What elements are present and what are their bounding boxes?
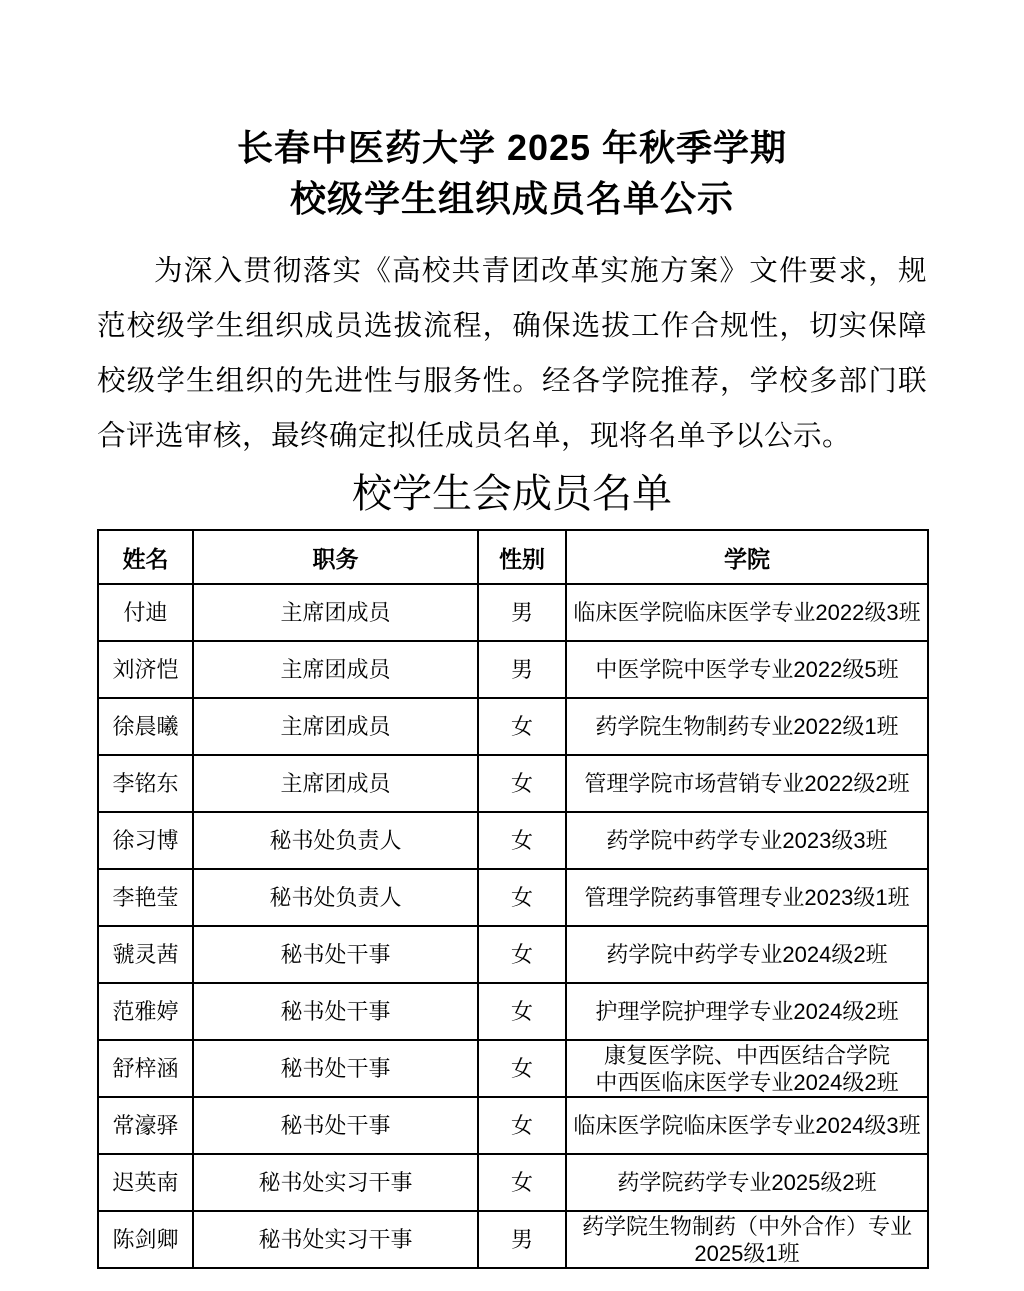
cell-college: 药学院中药学专业2024级2班 <box>566 926 928 983</box>
cell-position: 秘书处实习干事 <box>193 1211 478 1268</box>
table-row: 李艳莹秘书处负责人女管理学院药事管理专业2023级1班 <box>98 869 928 926</box>
cell-name: 刘济恺 <box>98 641 193 698</box>
cell-position: 秘书处干事 <box>193 926 478 983</box>
cell-gender: 女 <box>478 755 566 812</box>
cell-gender: 女 <box>478 869 566 926</box>
cell-college: 管理学院药事管理专业2023级1班 <box>566 869 928 926</box>
cell-name: 付迪 <box>98 584 193 641</box>
cell-position: 秘书处实习干事 <box>193 1154 478 1211</box>
cell-name: 徐晨曦 <box>98 698 193 755</box>
table-row: 陈剑卿秘书处实习干事男药学院生物制药（中外合作）专业 2025级1班 <box>98 1211 928 1268</box>
table-row: 付迪主席团成员男临床医学院临床医学专业2022级3班 <box>98 584 928 641</box>
cell-college: 药学院药学专业2025级2班 <box>566 1154 928 1211</box>
cell-position: 秘书处干事 <box>193 1097 478 1154</box>
cell-name: 虢灵茜 <box>98 926 193 983</box>
cell-college: 临床医学院临床医学专业2022级3班 <box>566 584 928 641</box>
cell-college: 药学院生物制药专业2022级1班 <box>566 698 928 755</box>
cell-name: 范雅婷 <box>98 983 193 1040</box>
document-title-line1: 长春中医药大学 2025 年秋季学期 <box>97 122 927 173</box>
column-header-position: 职务 <box>193 530 478 584</box>
document-page: 长春中医药大学 2025 年秋季学期 校级学生组织成员名单公示 为深入贯彻落实《… <box>0 0 1024 1291</box>
section-title: 校学生会成员名单 <box>97 468 927 520</box>
table-row: 虢灵茜秘书处干事女药学院中药学专业2024级2班 <box>98 926 928 983</box>
cell-college: 临床医学院临床医学专业2024级3班 <box>566 1097 928 1154</box>
cell-college: 中医学院中医学专业2022级5班 <box>566 641 928 698</box>
cell-gender: 男 <box>478 1211 566 1268</box>
cell-gender: 女 <box>478 1097 566 1154</box>
cell-position: 主席团成员 <box>193 641 478 698</box>
document-content: 长春中医药大学 2025 年秋季学期 校级学生组织成员名单公示 为深入贯彻落实《… <box>97 0 927 1269</box>
cell-college: 康复医学院、中西医结合学院 中西医临床医学专业2024级2班 <box>566 1040 928 1097</box>
cell-gender: 女 <box>478 926 566 983</box>
cell-college: 药学院中药学专业2023级3班 <box>566 812 928 869</box>
cell-name: 李铭东 <box>98 755 193 812</box>
column-header-gender: 性别 <box>478 530 566 584</box>
cell-name: 舒梓涵 <box>98 1040 193 1097</box>
table-row: 舒梓涵秘书处干事女康复医学院、中西医结合学院 中西医临床医学专业2024级2班 <box>98 1040 928 1097</box>
cell-position: 主席团成员 <box>193 755 478 812</box>
column-header-college: 学院 <box>566 530 928 584</box>
table-row: 迟英南秘书处实习干事女药学院药学专业2025级2班 <box>98 1154 928 1211</box>
cell-name: 陈剑卿 <box>98 1211 193 1268</box>
cell-gender: 女 <box>478 812 566 869</box>
cell-college: 护理学院护理学专业2024级2班 <box>566 983 928 1040</box>
cell-gender: 女 <box>478 1040 566 1097</box>
document-title-line2: 校级学生组织成员名单公示 <box>97 173 927 224</box>
member-roster-table: 姓名职务性别学院 付迪主席团成员男临床医学院临床医学专业2022级3班刘济恺主席… <box>97 529 929 1269</box>
cell-gender: 女 <box>478 698 566 755</box>
cell-position: 秘书处负责人 <box>193 812 478 869</box>
cell-college: 管理学院市场营销专业2022级2班 <box>566 755 928 812</box>
table-row: 刘济恺主席团成员男中医学院中医学专业2022级5班 <box>98 641 928 698</box>
cell-position: 主席团成员 <box>193 698 478 755</box>
cell-position: 秘书处干事 <box>193 1040 478 1097</box>
cell-gender: 男 <box>478 584 566 641</box>
table-row: 范雅婷秘书处干事女护理学院护理学专业2024级2班 <box>98 983 928 1040</box>
document-title: 长春中医药大学 2025 年秋季学期 校级学生组织成员名单公示 <box>97 122 927 224</box>
cell-name: 李艳莹 <box>98 869 193 926</box>
cell-college: 药学院生物制药（中外合作）专业 2025级1班 <box>566 1211 928 1268</box>
cell-position: 秘书处干事 <box>193 983 478 1040</box>
table-row: 徐习博秘书处负责人女药学院中药学专业2023级3班 <box>98 812 928 869</box>
cell-name: 徐习博 <box>98 812 193 869</box>
table-row: 李铭东主席团成员女管理学院市场营销专业2022级2班 <box>98 755 928 812</box>
intro-paragraph: 为深入贯彻落实《高校共青团改革实施方案》文件要求，规范校级学生组织成员选拔流程，… <box>97 244 927 464</box>
cell-gender: 女 <box>478 983 566 1040</box>
table-row: 常濠驿秘书处干事女临床医学院临床医学专业2024级3班 <box>98 1097 928 1154</box>
column-header-name: 姓名 <box>98 530 193 584</box>
cell-position: 秘书处负责人 <box>193 869 478 926</box>
cell-name: 迟英南 <box>98 1154 193 1211</box>
cell-name: 常濠驿 <box>98 1097 193 1154</box>
cell-position: 主席团成员 <box>193 584 478 641</box>
table-header-row: 姓名职务性别学院 <box>98 530 928 584</box>
table-body: 付迪主席团成员男临床医学院临床医学专业2022级3班刘济恺主席团成员男中医学院中… <box>98 584 928 1268</box>
cell-gender: 女 <box>478 1154 566 1211</box>
table-head: 姓名职务性别学院 <box>98 530 928 584</box>
table-row: 徐晨曦主席团成员女药学院生物制药专业2022级1班 <box>98 698 928 755</box>
cell-gender: 男 <box>478 641 566 698</box>
